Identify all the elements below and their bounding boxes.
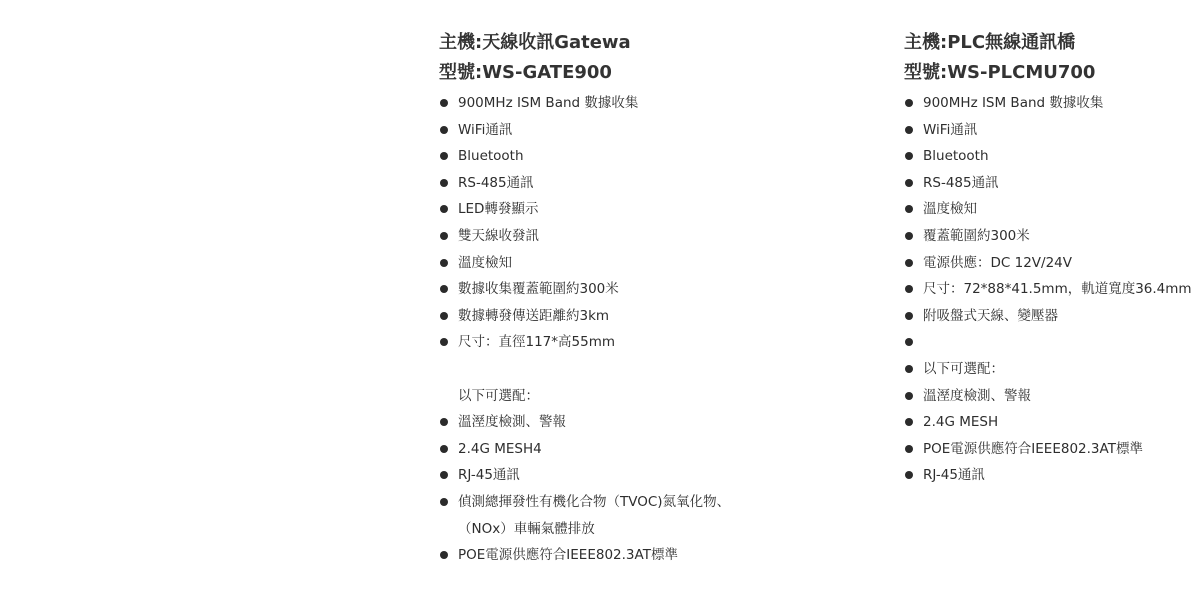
bullet-dot-icon bbox=[440, 338, 448, 346]
spec-text: 溫度檢知 bbox=[458, 255, 512, 271]
bullet-dot-icon bbox=[440, 551, 448, 559]
spec-item: 數據轉發傳送距離約3km bbox=[439, 303, 879, 330]
host-title: 主機:PLC無線通訊橋 bbox=[904, 28, 1199, 58]
bullet-dot-icon bbox=[440, 445, 448, 453]
bullet-dot-icon bbox=[905, 152, 913, 160]
bullet-dot-icon bbox=[905, 365, 913, 373]
model-title: 型號:WS-GATE900 bbox=[439, 58, 879, 88]
spec-text: RS-485通訊 bbox=[923, 175, 999, 191]
spec-item: WiFi通訊 bbox=[904, 117, 1199, 144]
spec-text: 溫溼度檢測、警報 bbox=[923, 388, 1031, 404]
spec-text: 尺寸：72*88*41.5mm，軌道寬度36.4mm bbox=[923, 281, 1192, 297]
spec-item: 900MHz ISM Band 數據收集 bbox=[904, 90, 1199, 117]
spec-text: RJ-45通訊 bbox=[923, 467, 985, 483]
spec-text: POE電源供應符合IEEE802.3AT標準 bbox=[923, 441, 1143, 457]
spec-text: Bluetooth bbox=[458, 148, 524, 164]
bullet-dot-icon bbox=[440, 205, 448, 213]
spec-item: 900MHz ISM Band 數據收集 bbox=[439, 90, 879, 117]
spec-text: 以下可選配： bbox=[458, 388, 539, 404]
spec-item: LED轉發顯示 bbox=[439, 196, 879, 223]
spec-text: 尺寸：直徑117*高55mm bbox=[458, 334, 615, 350]
spec-text: 2.4G MESH4 bbox=[458, 441, 542, 457]
bullet-dot-icon bbox=[440, 152, 448, 160]
bullet-dot-icon bbox=[905, 312, 913, 320]
spec-item: 附吸盤式天線、變壓器 bbox=[904, 303, 1199, 330]
spec-item: 以下可選配： bbox=[904, 356, 1199, 383]
spec-item: RJ-45通訊 bbox=[439, 462, 879, 489]
spec-item: 2.4G MESH bbox=[904, 409, 1199, 436]
product-plc-spec: 主機:PLC無線通訊橋 型號:WS-PLCMU700 900MHz ISM Ba… bbox=[904, 28, 1199, 489]
spec-text: RS-485通訊 bbox=[458, 175, 534, 191]
spec-item: 溫度檢知 bbox=[439, 250, 879, 277]
spec-text: 溫度檢知 bbox=[923, 201, 977, 217]
spec-item: 溫溼度檢測、警報 bbox=[439, 409, 879, 436]
bullet-dot-icon bbox=[905, 392, 913, 400]
spec-text-continued: （NOx）車輛氣體排放 bbox=[458, 516, 879, 543]
spec-text: 溫溼度檢測、警報 bbox=[458, 414, 566, 430]
spec-item: 雙天線收發訊 bbox=[439, 223, 879, 250]
spec-text: WiFi通訊 bbox=[923, 122, 977, 138]
bullet-dot-icon bbox=[440, 259, 448, 267]
spec-item: RS-485通訊 bbox=[439, 170, 879, 197]
bullet-dot-icon bbox=[905, 418, 913, 426]
bullet-dot-icon bbox=[905, 259, 913, 267]
spec-text: RJ-45通訊 bbox=[458, 467, 520, 483]
spec-text: 附吸盤式天線、變壓器 bbox=[923, 308, 1058, 324]
spec-item: Bluetooth bbox=[904, 143, 1199, 170]
spec-item: 尺寸：直徑117*高55mm bbox=[439, 329, 879, 356]
bullet-dot-icon bbox=[440, 232, 448, 240]
spec-text: 偵測總揮發性有機化合物（TVOC)氮氧化物、 bbox=[458, 494, 730, 510]
host-title: 主機:天線收訊Gatewa bbox=[439, 28, 879, 58]
spec-item: 溫溼度檢測、警報 bbox=[904, 383, 1199, 410]
spec-text: LED轉發顯示 bbox=[458, 201, 538, 217]
spec-item: WiFi通訊 bbox=[439, 117, 879, 144]
spec-item: 尺寸：72*88*41.5mm，軌道寬度36.4mm bbox=[904, 276, 1199, 303]
spec-text: 以下可選配： bbox=[923, 361, 1004, 377]
product-gateway-spec: 主機:天線收訊Gatewa 型號:WS-GATE900 900MHz ISM B… bbox=[439, 28, 879, 569]
spec-text: 覆蓋範圍約300米 bbox=[923, 228, 1030, 244]
spec-item: RS-485通訊 bbox=[904, 170, 1199, 197]
spec-item: RJ-45通訊 bbox=[904, 462, 1199, 489]
bullet-dot-icon bbox=[905, 205, 913, 213]
spec-text: 900MHz ISM Band 數據收集 bbox=[458, 95, 638, 111]
bullet-dot-icon bbox=[905, 471, 913, 479]
spec-item: 偵測總揮發性有機化合物（TVOC)氮氧化物、（NOx）車輛氣體排放 bbox=[439, 489, 879, 542]
spec-text: 雙天線收發訊 bbox=[458, 228, 539, 244]
bullet-dot-icon bbox=[905, 338, 913, 346]
bullet-dot-icon bbox=[440, 312, 448, 320]
spec-item bbox=[904, 329, 1199, 356]
bullet-dot-icon bbox=[440, 285, 448, 293]
spec-list: 900MHz ISM Band 數據收集WiFi通訊BluetoothRS-48… bbox=[904, 90, 1199, 489]
spec-item: 溫度檢知 bbox=[904, 196, 1199, 223]
bullet-dot-icon bbox=[440, 99, 448, 107]
spec-text: WiFi通訊 bbox=[458, 122, 512, 138]
spec-item: 2.4G MESH4 bbox=[439, 436, 879, 463]
spec-item: 覆蓋範圍約300米 bbox=[904, 223, 1199, 250]
spec-item bbox=[439, 356, 879, 383]
bullet-dot-icon bbox=[440, 471, 448, 479]
spec-item: 電源供應：DC 12V/24V bbox=[904, 250, 1199, 277]
bullet-dot-icon bbox=[905, 285, 913, 293]
bullet-dot-icon bbox=[905, 232, 913, 240]
bullet-dot-icon bbox=[905, 126, 913, 134]
spec-item: Bluetooth bbox=[439, 143, 879, 170]
spec-text: POE電源供應符合IEEE802.3AT標準 bbox=[458, 547, 678, 563]
bullet-dot-icon bbox=[440, 498, 448, 506]
spec-text: 電源供應：DC 12V/24V bbox=[923, 255, 1072, 271]
bullet-dot-icon bbox=[905, 179, 913, 187]
spec-text: 數據收集覆蓋範圍約300米 bbox=[458, 281, 619, 297]
spec-list: 900MHz ISM Band 數據收集WiFi通訊BluetoothRS-48… bbox=[439, 90, 879, 569]
spec-item: 以下可選配： bbox=[439, 383, 879, 410]
spec-text: 2.4G MESH bbox=[923, 414, 998, 430]
spec-text: Bluetooth bbox=[923, 148, 989, 164]
bullet-dot-icon bbox=[440, 126, 448, 134]
spec-text: 數據轉發傳送距離約3km bbox=[458, 308, 609, 324]
spec-item: POE電源供應符合IEEE802.3AT標準 bbox=[439, 542, 879, 569]
bullet-dot-icon bbox=[905, 445, 913, 453]
bullet-dot-icon bbox=[905, 99, 913, 107]
bullet-dot-icon bbox=[440, 179, 448, 187]
model-title: 型號:WS-PLCMU700 bbox=[904, 58, 1199, 88]
spec-item: 數據收集覆蓋範圍約300米 bbox=[439, 276, 879, 303]
spec-item: POE電源供應符合IEEE802.3AT標準 bbox=[904, 436, 1199, 463]
spec-text: 900MHz ISM Band 數據收集 bbox=[923, 95, 1103, 111]
bullet-dot-icon bbox=[440, 418, 448, 426]
